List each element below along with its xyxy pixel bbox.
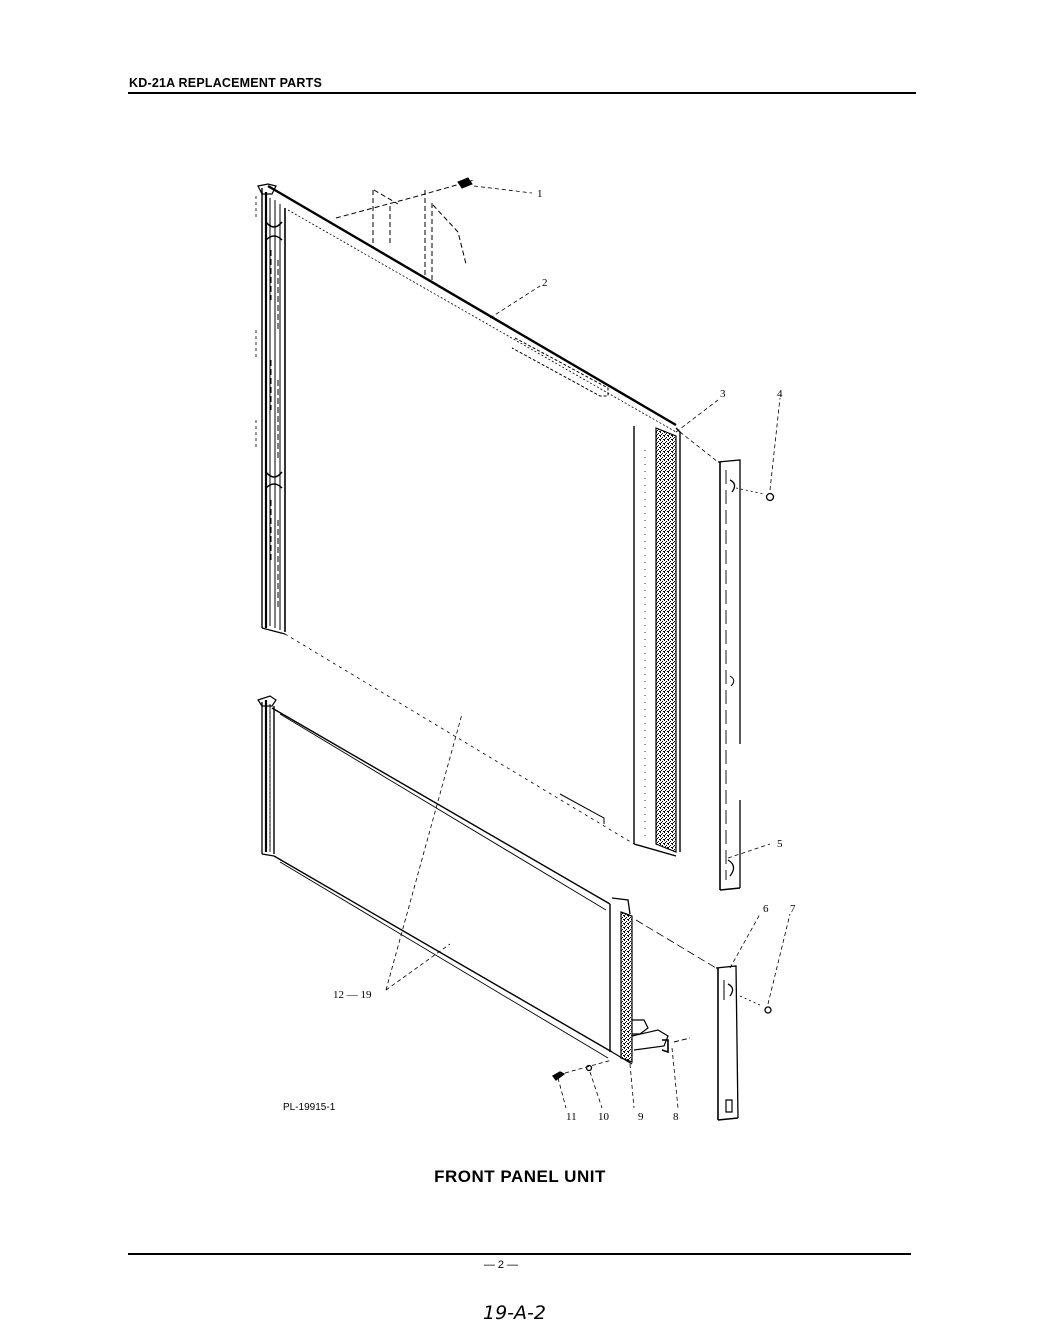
callout-labels: 1 2 3 4 5 6 7 8 9 10 11 12 — 19 (333, 188, 796, 1123)
callout-11: 11 (566, 1111, 577, 1123)
callout-5: 5 (777, 838, 783, 850)
handwritten-code: 19-A-2 (483, 1302, 546, 1324)
part-1-screw (458, 178, 472, 188)
callout-4: 4 (777, 388, 783, 400)
callout-7: 7 (790, 903, 796, 915)
page-number: — 2 — (0, 1259, 1046, 1271)
callout-6: 6 (763, 903, 769, 915)
callout-8: 8 (673, 1111, 679, 1123)
callout-1: 1 (537, 188, 543, 200)
footer-rule (128, 1253, 911, 1255)
callout-12-19: 12 — 19 (333, 989, 372, 1001)
right-side-rail (680, 432, 740, 890)
figure-caption-text: FRONT PANEL UNIT (434, 1167, 606, 1186)
lower-panel-assembly (258, 696, 690, 1064)
callout-2: 2 (542, 277, 548, 289)
callout-10: 10 (598, 1111, 610, 1123)
callout-leader-lines (386, 186, 790, 1108)
drawing-id: PL-19915-1 (283, 1102, 335, 1113)
upper-panel-assembly (256, 184, 680, 856)
page-number-text: — 2 — (484, 1259, 518, 1271)
callout-3: 3 (720, 388, 726, 400)
figure-caption: FRONT PANEL UNIT (0, 1167, 1046, 1187)
front-panel-exploded-diagram: 1 2 3 4 5 6 7 8 9 10 11 12 — 19 (0, 0, 1046, 1327)
callout-9: 9 (638, 1111, 644, 1123)
lower-right-rail (636, 920, 738, 1120)
